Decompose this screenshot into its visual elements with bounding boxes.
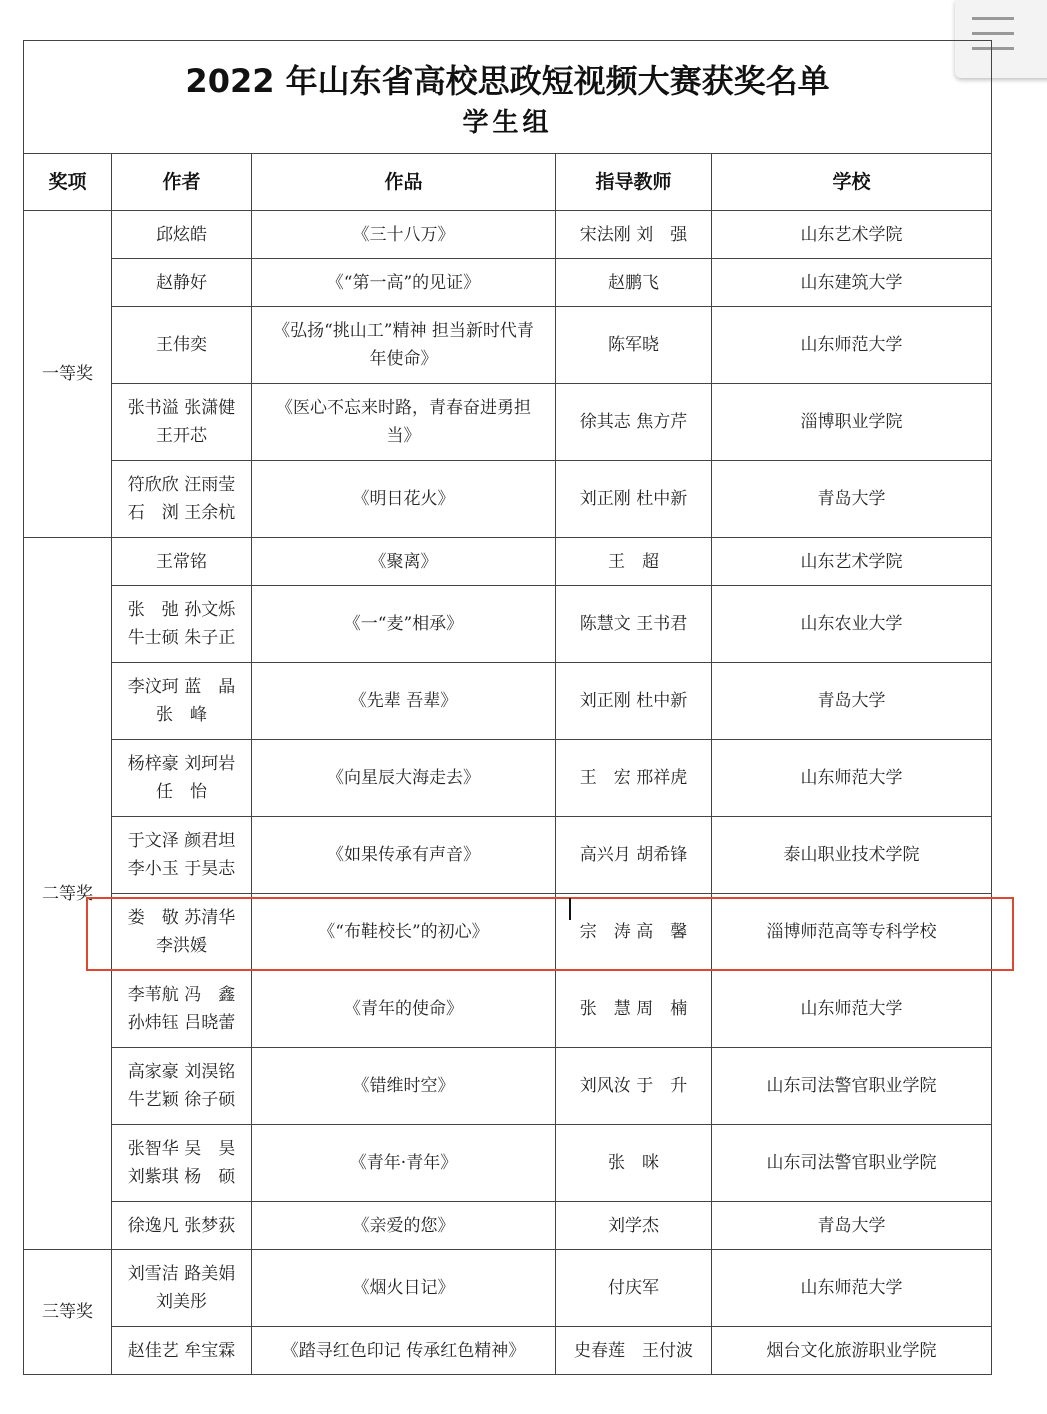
school-cell: 山东师范大学	[712, 307, 992, 384]
school-cell: 泰山职业技术学院	[712, 817, 992, 894]
table-row: 王伟奕《弘扬“挑山工”精神 担当新时代青年使命》陈军晓山东师范大学	[24, 307, 992, 384]
table-row: 二等奖王常铭《聚离》王 超山东艺术学院	[24, 538, 992, 586]
work-cell: 《“布鞋校长”的初心》	[252, 894, 556, 971]
advisors-cell: 张 慧 周 楠	[556, 971, 712, 1048]
award-level-cell: 三等奖	[24, 1250, 112, 1375]
table-row: 高家豪 刘淏铭 牛艺颖 徐子硕《错维时空》刘风汝 于 升山东司法警官职业学院	[24, 1048, 992, 1125]
advisors-cell: 王 超	[556, 538, 712, 586]
school-cell: 山东司法警官职业学院	[712, 1125, 992, 1202]
table-row: 李苇航 冯 鑫 孙炜钰 吕晓蕾《青年的使命》张 慧 周 楠山东师范大学	[24, 971, 992, 1048]
advisors-cell: 宗 涛 高 馨	[556, 894, 712, 971]
work-cell: 《先辈 吾辈》	[252, 663, 556, 740]
advisors-cell: 刘学杰	[556, 1202, 712, 1250]
work-cell: 《聚离》	[252, 538, 556, 586]
school-cell: 青岛大学	[712, 1202, 992, 1250]
school-cell: 山东艺术学院	[712, 211, 992, 259]
advisors-cell: 王 宏 邢祥虎	[556, 740, 712, 817]
work-cell: 《一“麦”相承》	[252, 586, 556, 663]
header-authors: 作者	[112, 154, 252, 211]
document-subtitle: 学生组	[24, 109, 991, 137]
school-cell: 烟台文化旅游职业学院	[712, 1327, 992, 1375]
header-award: 奖项	[24, 154, 112, 211]
authors-cell: 李苇航 冯 鑫 孙炜钰 吕晓蕾	[112, 971, 252, 1048]
work-cell: 《“第一高”的见证》	[252, 259, 556, 307]
advisors-cell: 宋法刚 刘 强	[556, 211, 712, 259]
table-row: 符欣欣 汪雨莹 石 浏 王余杭《明日花火》刘正刚 杜中新青岛大学	[24, 461, 992, 538]
advisors-cell: 刘风汝 于 升	[556, 1048, 712, 1125]
table-row: 一等奖邱炫皓《三十八万》宋法刚 刘 强山东艺术学院	[24, 211, 992, 259]
school-cell: 山东艺术学院	[712, 538, 992, 586]
advisors-cell: 陈军晓	[556, 307, 712, 384]
work-cell: 《明日花火》	[252, 461, 556, 538]
work-cell: 《亲爱的您》	[252, 1202, 556, 1250]
work-cell: 《青年·青年》	[252, 1125, 556, 1202]
school-cell: 山东司法警官职业学院	[712, 1048, 992, 1125]
authors-cell: 王伟奕	[112, 307, 252, 384]
work-cell: 《青年的使命》	[252, 971, 556, 1048]
work-cell: 《错维时空》	[252, 1048, 556, 1125]
school-cell: 山东师范大学	[712, 1250, 992, 1327]
award-level-cell: 一等奖	[24, 211, 112, 538]
table-row: 赵佳艺 牟宝霖《踏寻红色印记 传承红色精神》史春莲 王付波烟台文化旅游职业学院	[24, 1327, 992, 1375]
award-table: 2022 年山东省高校思政短视频大赛获奖名单 学生组 奖项 作者 作品 指导教师…	[23, 40, 992, 1375]
work-cell: 《向星辰大海走去》	[252, 740, 556, 817]
hamburger-menu-icon	[972, 17, 1014, 20]
school-cell: 山东农业大学	[712, 586, 992, 663]
authors-cell: 张书溢 张潇健 王开芯	[112, 384, 252, 461]
table-row: 徐逸凡 张梦荻《亲爱的您》刘学杰青岛大学	[24, 1202, 992, 1250]
award-level-cell: 二等奖	[24, 538, 112, 1250]
header-school: 学校	[712, 154, 992, 211]
school-cell: 青岛大学	[712, 663, 992, 740]
advisors-cell: 徐其志 焦方芹	[556, 384, 712, 461]
authors-cell: 王常铭	[112, 538, 252, 586]
authors-cell: 杨梓豪 刘珂岩 任 怡	[112, 740, 252, 817]
document-title: 2022 年山东省高校思政短视频大赛获奖名单	[24, 67, 991, 95]
school-cell: 淄博职业学院	[712, 384, 992, 461]
table-row: 杨梓豪 刘珂岩 任 怡《向星辰大海走去》王 宏 邢祥虎山东师范大学	[24, 740, 992, 817]
authors-cell: 高家豪 刘淏铭 牛艺颖 徐子硕	[112, 1048, 252, 1125]
school-cell: 淄博师范高等专科学校	[712, 894, 992, 971]
work-cell: 《三十八万》	[252, 211, 556, 259]
authors-cell: 邱炫皓	[112, 211, 252, 259]
advisors-cell: 赵鹏飞	[556, 259, 712, 307]
advisors-cell: 付庆军	[556, 1250, 712, 1327]
advisors-cell: 陈慧文 王书君	[556, 586, 712, 663]
work-cell: 《烟火日记》	[252, 1250, 556, 1327]
table-row-highlighted: 娄 敬 苏清华 李洪媛《“布鞋校长”的初心》宗 涛 高 馨淄博师范高等专科学校	[24, 894, 992, 971]
advisors-cell: 高兴月 胡希锋	[556, 817, 712, 894]
advisors-cell: 张 咪	[556, 1125, 712, 1202]
authors-cell: 赵静好	[112, 259, 252, 307]
table-row: 张智华 吴 昊 刘紫琪 杨 硕《青年·青年》张 咪山东司法警官职业学院	[24, 1125, 992, 1202]
title-cell: 2022 年山东省高校思政短视频大赛获奖名单 学生组	[24, 41, 992, 154]
authors-cell: 徐逸凡 张梦荻	[112, 1202, 252, 1250]
authors-cell: 刘雪洁 路美娟 刘美彤	[112, 1250, 252, 1327]
table-row: 李汶珂 蓝 晶 张 峰《先辈 吾辈》刘正刚 杜中新青岛大学	[24, 663, 992, 740]
table-row: 张 弛 孙文烁 牛士硕 朱子正《一“麦”相承》陈慧文 王书君山东农业大学	[24, 586, 992, 663]
table-row: 三等奖刘雪洁 路美娟 刘美彤《烟火日记》付庆军山东师范大学	[24, 1250, 992, 1327]
table-row: 张书溢 张潇健 王开芯《医心不忘来时路，青春奋进勇担当》徐其志 焦方芹淄博职业学…	[24, 384, 992, 461]
advisors-cell: 刘正刚 杜中新	[556, 663, 712, 740]
text-cursor	[569, 898, 571, 920]
authors-cell: 娄 敬 苏清华 李洪媛	[112, 894, 252, 971]
work-cell: 《医心不忘来时路，青春奋进勇担当》	[252, 384, 556, 461]
work-cell: 《弘扬“挑山工”精神 担当新时代青年使命》	[252, 307, 556, 384]
authors-cell: 赵佳艺 牟宝霖	[112, 1327, 252, 1375]
table-row: 赵静好《“第一高”的见证》赵鹏飞山东建筑大学	[24, 259, 992, 307]
school-cell: 山东师范大学	[712, 971, 992, 1048]
hamburger-menu-icon	[972, 32, 1014, 35]
authors-cell: 李汶珂 蓝 晶 张 峰	[112, 663, 252, 740]
advisors-cell: 史春莲 王付波	[556, 1327, 712, 1375]
authors-cell: 张智华 吴 昊 刘紫琪 杨 硕	[112, 1125, 252, 1202]
table-body: 一等奖邱炫皓《三十八万》宋法刚 刘 强山东艺术学院赵静好《“第一高”的见证》赵鹏…	[24, 211, 992, 1375]
work-cell: 《踏寻红色印记 传承红色精神》	[252, 1327, 556, 1375]
school-cell: 山东建筑大学	[712, 259, 992, 307]
work-cell: 《如果传承有声音》	[252, 817, 556, 894]
table-row: 于文泽 颜君坦 李小玉 于昊志《如果传承有声音》高兴月 胡希锋泰山职业技术学院	[24, 817, 992, 894]
header-row: 奖项 作者 作品 指导教师 学校	[24, 154, 992, 211]
school-cell: 山东师范大学	[712, 740, 992, 817]
authors-cell: 符欣欣 汪雨莹 石 浏 王余杭	[112, 461, 252, 538]
header-work: 作品	[252, 154, 556, 211]
authors-cell: 于文泽 颜君坦 李小玉 于昊志	[112, 817, 252, 894]
advisors-cell: 刘正刚 杜中新	[556, 461, 712, 538]
school-cell: 青岛大学	[712, 461, 992, 538]
header-advisors: 指导教师	[556, 154, 712, 211]
award-document: 2022 年山东省高校思政短视频大赛获奖名单 学生组 奖项 作者 作品 指导教师…	[23, 40, 990, 1375]
authors-cell: 张 弛 孙文烁 牛士硕 朱子正	[112, 586, 252, 663]
